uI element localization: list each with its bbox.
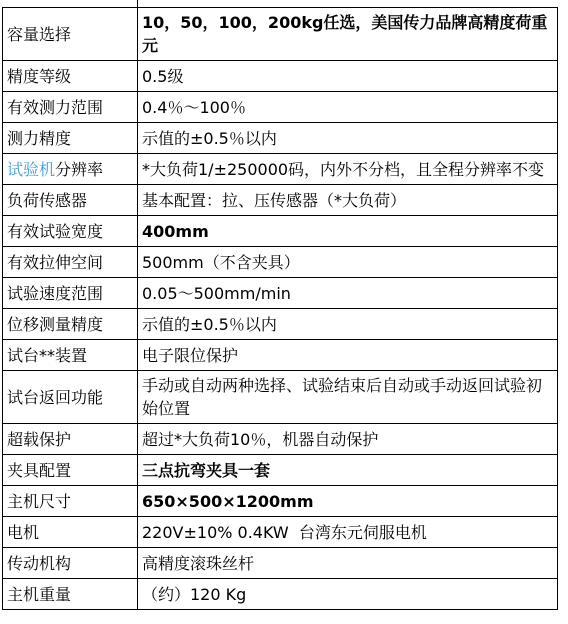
testing-machine-link[interactable]: 试验机	[7, 160, 55, 179]
spec-label: 试验机分辨率	[3, 154, 138, 185]
spec-label-rest: 分辨率	[55, 160, 103, 179]
spec-value: （约）120 Kg	[138, 579, 558, 610]
spec-value: 手动或自动两种选择、试验结束后自动或手动返回试验初始位置	[138, 371, 558, 424]
spec-value: 高精度滚珠丝杆	[138, 548, 558, 579]
spec-value: 基本配置：拉、压传感器（*大负荷）	[138, 185, 558, 216]
spec-value: 10，50，100，200kg任选，美国传力品牌高精度荷重元	[138, 8, 558, 61]
spec-value: 电子限位保护	[138, 340, 558, 371]
spec-label: 主机尺寸	[3, 486, 138, 517]
spec-row-load-sensor: 负荷传感器 基本配置：拉、压传感器（*大负荷）	[3, 185, 558, 216]
spec-row-machine-size: 主机尺寸 650×500×1200mm	[3, 486, 558, 517]
spec-row-displacement-accuracy: 位移测量精度 示值的±0.5％以内	[3, 309, 558, 340]
spec-row-return-function: 试台返回功能 手动或自动两种选择、试验结束后自动或手动返回试验初始位置	[3, 371, 558, 424]
spec-value: 650×500×1200mm	[138, 486, 558, 517]
spec-value: 示值的±0.5％以内	[138, 123, 558, 154]
spec-row-accuracy-class: 精度等级 0.5级	[3, 61, 558, 92]
spec-label: 试台返回功能	[3, 371, 138, 424]
spec-label: 容量选择	[3, 8, 138, 61]
spec-label: 超载保护	[3, 424, 138, 455]
spec-value: *大负荷1/±250000码，内外不分档，且全程分辨率不变	[138, 154, 558, 185]
spec-row-overload-protection: 超载保护 超过*大负荷10％，机器自动保护	[3, 424, 558, 455]
spec-label: 精度等级	[3, 61, 138, 92]
spec-value: 示值的±0.5％以内	[138, 309, 558, 340]
spec-row-resolution: 试验机分辨率 *大负荷1/±250000码，内外不分档，且全程分辨率不变	[3, 154, 558, 185]
spec-row-speed-range: 试验速度范围 0.05～500mm/min	[3, 278, 558, 309]
spec-label: 电机	[3, 517, 138, 548]
spec-value: 220V±10% 0.4KW 台湾东元伺服电机	[138, 517, 558, 548]
spec-label: 测力精度	[3, 123, 138, 154]
spec-value: 0.5级	[138, 61, 558, 92]
spec-label: 传动机构	[3, 548, 138, 579]
spec-row-force-accuracy: 测力精度 示值的±0.5％以内	[3, 123, 558, 154]
spec-value: 三点抗弯夹具一套	[138, 455, 558, 486]
spec-label: 主机重量	[3, 579, 138, 610]
cropped-border-stub	[137, 0, 138, 7]
spec-row-fixture: 夹具配置 三点抗弯夹具一套	[3, 455, 558, 486]
spec-table-wrap: 容量选择 10，50，100，200kg任选，美国传力品牌高精度荷重元 精度等级…	[2, 7, 557, 610]
page: 容量选择 10，50，100，200kg任选，美国传力品牌高精度荷重元 精度等级…	[0, 0, 568, 624]
spec-label: 夹具配置	[3, 455, 138, 486]
spec-row-motor: 电机 220V±10% 0.4KW 台湾东元伺服电机	[3, 517, 558, 548]
spec-label: 有效测力范围	[3, 92, 138, 123]
spec-value: 0.4％～100％	[138, 92, 558, 123]
spec-label: 负荷传感器	[3, 185, 138, 216]
spec-row-transmission: 传动机构 高精度滚珠丝杆	[3, 548, 558, 579]
spec-row-platform-device: 试台**装置 电子限位保护	[3, 340, 558, 371]
spec-row-stretch-space: 有效拉伸空间 500mm（不含夹具）	[3, 247, 558, 278]
spec-value: 400mm	[138, 216, 558, 247]
spec-value: 超过*大负荷10％，机器自动保护	[138, 424, 558, 455]
spec-value: 500mm（不含夹具）	[138, 247, 558, 278]
spec-label: 试台**装置	[3, 340, 138, 371]
spec-row-force-range: 有效测力范围 0.4％～100％	[3, 92, 558, 123]
spec-value: 0.05～500mm/min	[138, 278, 558, 309]
spec-label: 有效试验宽度	[3, 216, 138, 247]
spec-row-test-width: 有效试验宽度 400mm	[3, 216, 558, 247]
spec-row-capacity: 容量选择 10，50，100，200kg任选，美国传力品牌高精度荷重元	[3, 8, 558, 61]
spec-row-machine-weight: 主机重量 （约）120 Kg	[3, 579, 558, 610]
spec-label: 有效拉伸空间	[3, 247, 138, 278]
spec-label: 试验速度范围	[3, 278, 138, 309]
spec-label: 位移测量精度	[3, 309, 138, 340]
spec-table: 容量选择 10，50，100，200kg任选，美国传力品牌高精度荷重元 精度等级…	[2, 7, 558, 610]
